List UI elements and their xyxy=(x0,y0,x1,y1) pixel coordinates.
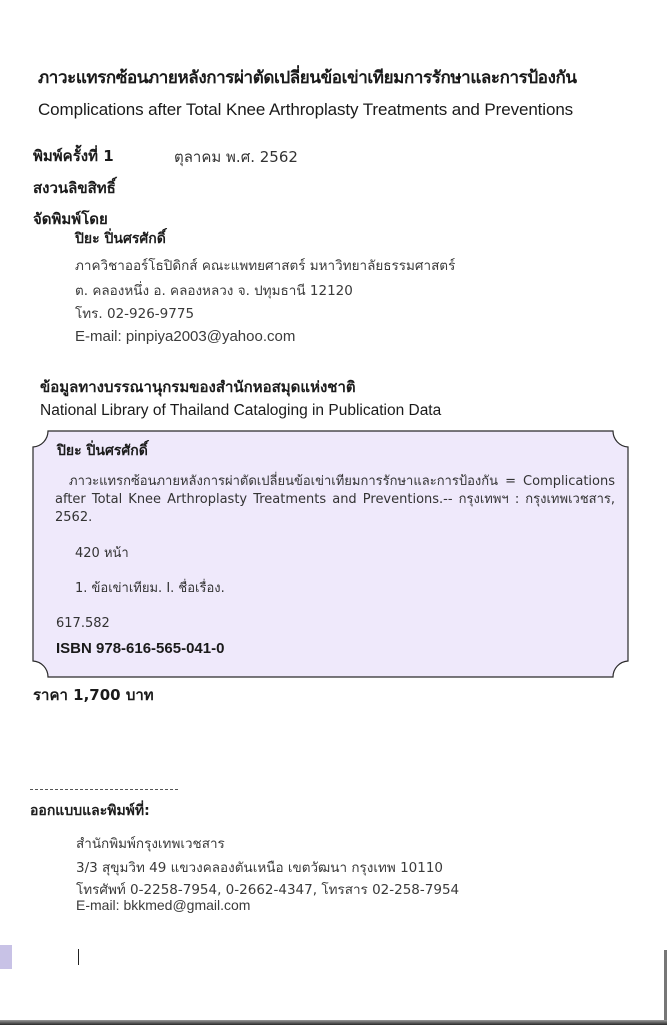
cip-entry: ภาวะแทรกซ้อนภายหลังการผ่าตัดเปลี่ยนข้อเข… xyxy=(55,473,615,527)
separator-rule xyxy=(30,789,178,790)
printer-address: 3/3 สุขุมวิท 49 แขวงคลองตันเหนือ เขตวัฒน… xyxy=(76,856,443,878)
printer-name: สำนักพิมพ์กรุงเทพเวชสาร xyxy=(76,832,225,854)
edition-date: ตุลาคม พ.ศ. 2562 xyxy=(174,145,298,169)
cip-pages: 420 หน้า xyxy=(75,542,129,563)
publisher-department: ภาควิชาออร์โธปิดิกส์ คณะแพทยศาสตร์ มหาวิ… xyxy=(75,254,455,276)
publisher-address: ต. คลองหนึ่ง อ. คลองหลวง จ. ปทุมธานี 121… xyxy=(75,279,353,301)
cip-heading-thai: ข้อมูลทางบรรณานุกรมของสำนักหอสมุดแห่งชาต… xyxy=(40,375,356,399)
publisher-name: ปิยะ ปิ่นศรศักดิ์ xyxy=(75,228,166,250)
cip-classification: 617.582 xyxy=(56,616,110,631)
cip-record-box: ปิยะ ปิ่นศรศักดิ์ ภาวะแทรกซ้อนภายหลังการ… xyxy=(32,430,629,678)
edition-label: พิมพ์ครั้งที่ 1 xyxy=(33,144,114,168)
cip-author: ปิยะ ปิ่นศรศักดิ์ xyxy=(57,440,148,462)
printer-email: E-mail: bkkmed@gmail.com xyxy=(76,897,250,913)
publisher-phone: โทร. 02-926-9775 xyxy=(75,302,194,324)
book-title-thai: ภาวะแทรกซ้อนภายหลังการผ่าตัดเปลี่ยนข้อเข… xyxy=(38,64,577,91)
cip-subjects: 1. ข้อเข่าเทียม. I. ชื่อเรื่อง. xyxy=(75,577,225,598)
cip-isbn: ISBN 978-616-565-041-0 xyxy=(56,640,224,657)
cip-heading-english: National Library of Thailand Cataloging … xyxy=(40,402,441,420)
book-title-english: Complications after Total Knee Arthropla… xyxy=(38,100,573,120)
margin-mark xyxy=(78,949,79,965)
page-tab-marker xyxy=(0,945,12,969)
printer-label: ออกแบบและพิมพ์ที่: xyxy=(30,800,150,822)
publisher-email: E-mail: pinpiya2003@yahoo.com xyxy=(75,328,295,345)
cip-entry-text: ภาวะแทรกซ้อนภายหลังการผ่าตัดเปลี่ยนข้อเข… xyxy=(55,474,615,525)
price: ราคา 1,700 บาท xyxy=(33,683,154,707)
copyright-notice: สงวนลิขสิทธิ์ xyxy=(33,176,116,200)
scan-edge-bottom xyxy=(0,1020,667,1025)
